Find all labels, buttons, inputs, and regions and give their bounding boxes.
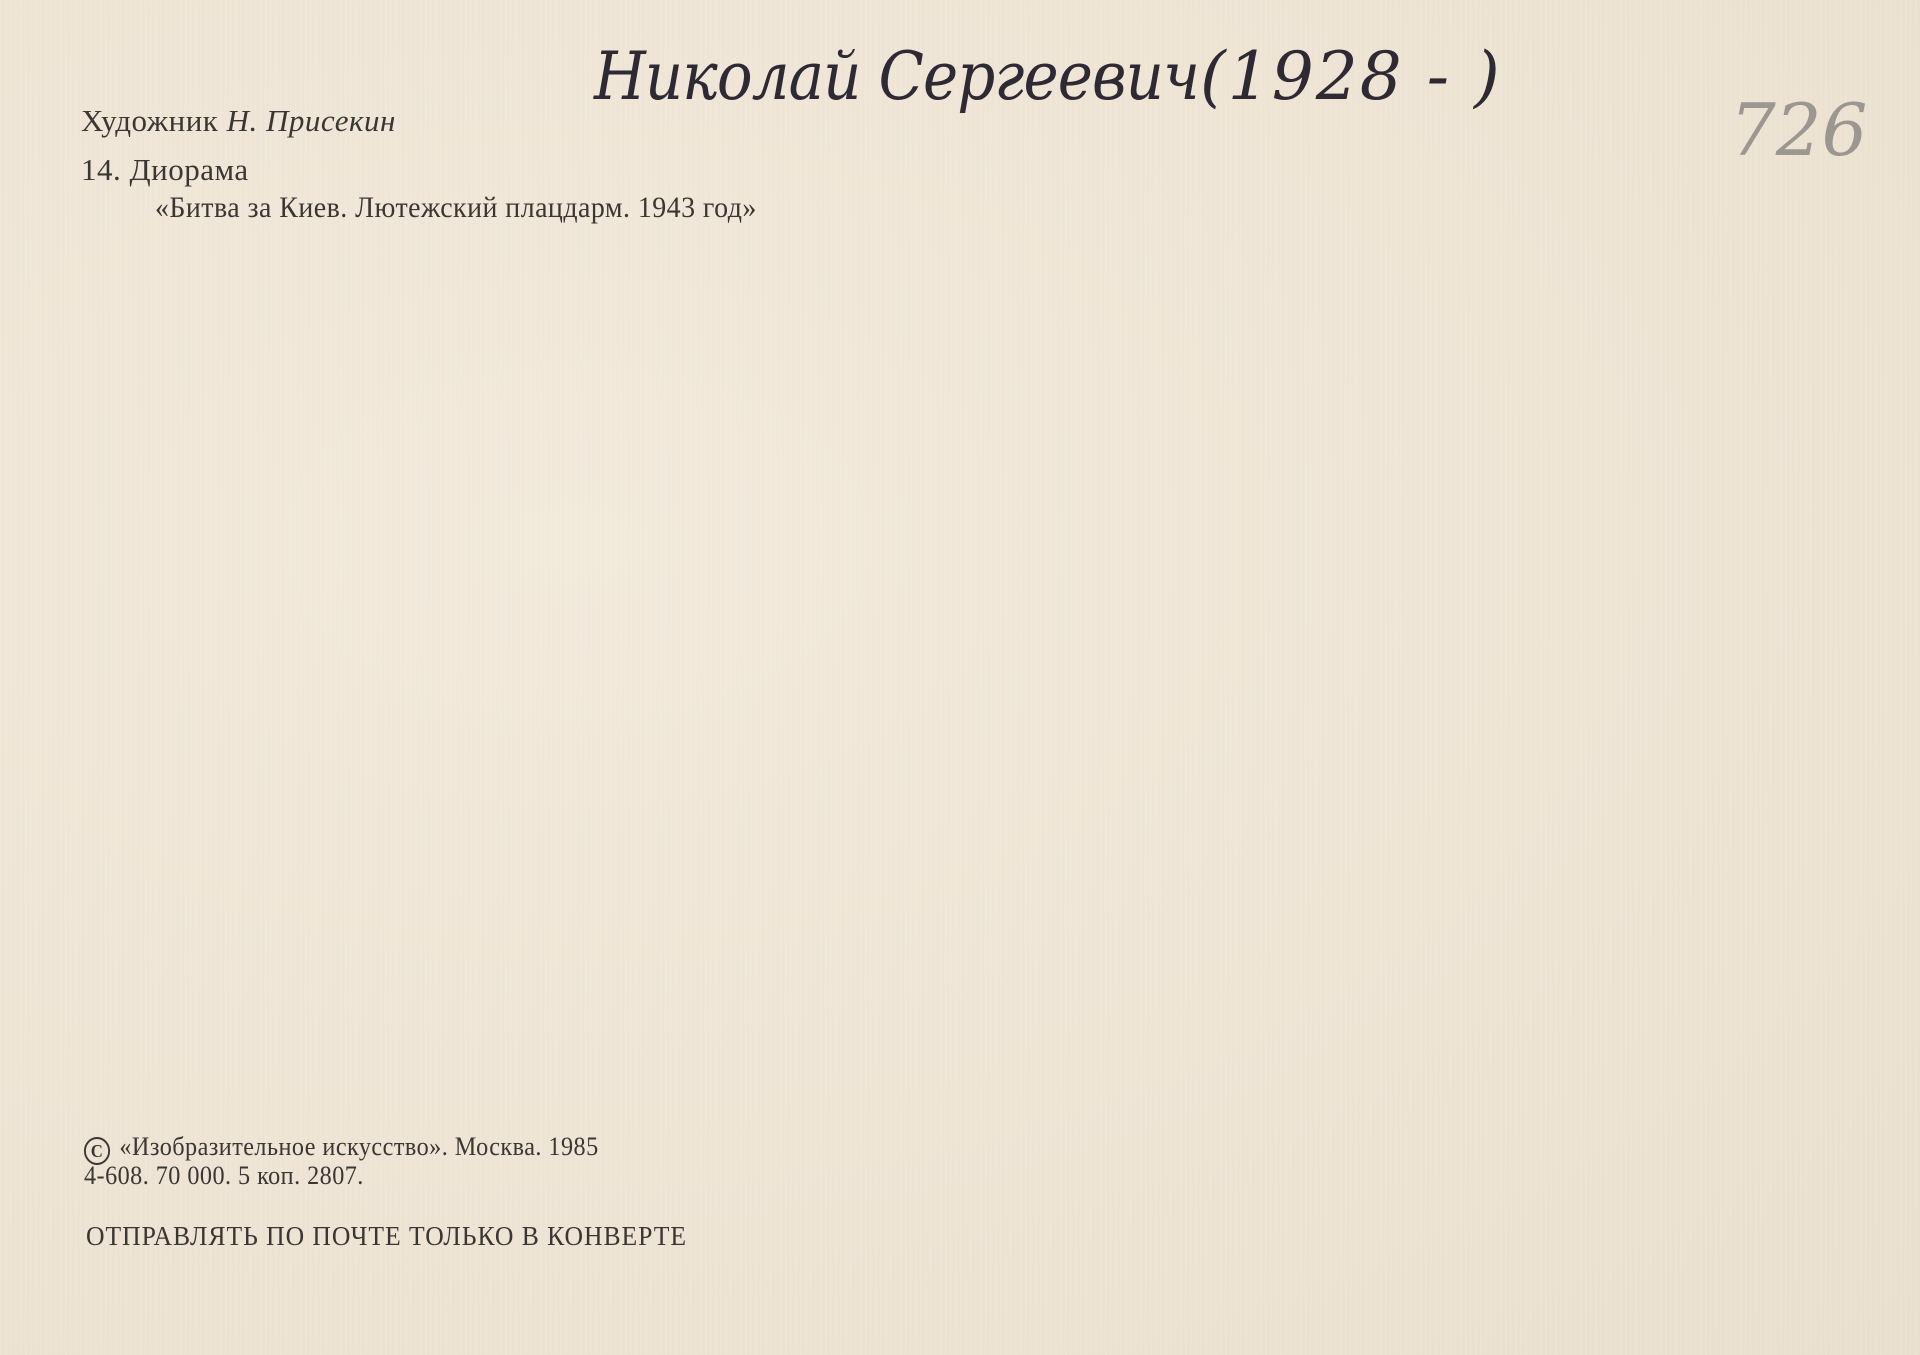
- artist-name: Н. Присекин: [227, 103, 396, 138]
- publisher-text: «Изобразительное искусство». Москва. 198…: [119, 1132, 598, 1161]
- artist-label: Художник: [81, 103, 218, 138]
- pencil-catalog-number: 726: [1730, 88, 1867, 172]
- item-number: 14. Диорама: [81, 152, 249, 188]
- handwritten-name: Николай Сергеевич: [594, 38, 1199, 115]
- artist-credit: Художник Н. Присекин: [81, 103, 396, 139]
- artwork-title: «Битва за Киев. Лютежский плацдарм. 1943…: [155, 191, 757, 225]
- handwritten-dates: (1928 - ): [1200, 38, 1502, 115]
- mailing-notice: ОТПРАВЛЯТЬ ПО ПОЧТЕ ТОЛЬКО В КОНВЕРТЕ: [86, 1221, 687, 1252]
- print-info: 4-608. 70 000. 5 коп. 2807.: [84, 1161, 364, 1191]
